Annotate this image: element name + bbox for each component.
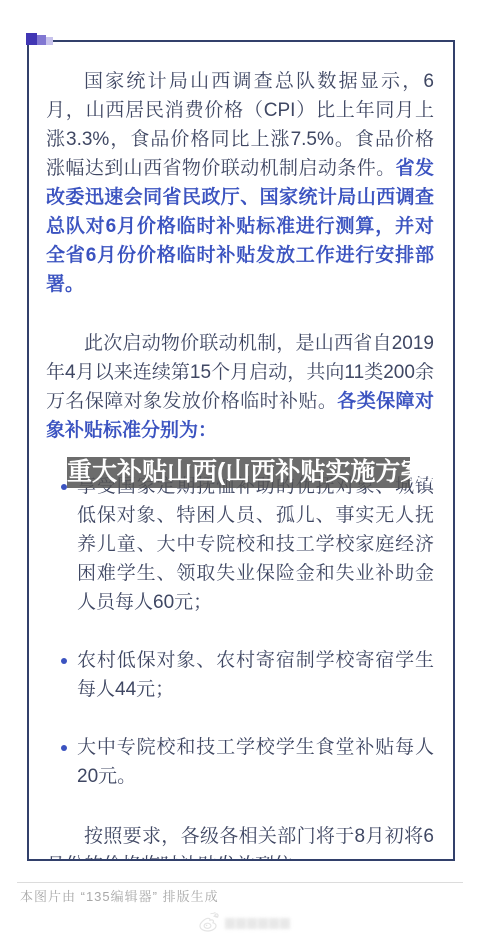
list-item: 大中专院校和技工学校学生食堂补贴每人20元。 [46, 733, 434, 791]
paragraph-1-text: 国家统计局山西调查总队数据显示，6月，山西居民消费价格（CPI）比上年同月上涨3… [46, 71, 434, 179]
list-item: 享受国家定期抚恤补助的优抚对象、城镇低保对象、特困人员、孤儿、事实无人抚养儿童、… [46, 472, 434, 617]
article-card: 国家统计局山西调查总队数据显示，6月，山西居民消费价格（CPI）比上年同月上涨3… [27, 40, 455, 861]
editor-credit-text: 本图片由 “135编辑器” 排版生成 [20, 886, 219, 905]
weibo-logo-icon [196, 912, 220, 934]
weibo-watermark [196, 912, 290, 934]
bullet-dot-icon [61, 658, 67, 664]
list-item-text: 大中专院校和技工学校学生食堂补贴每人20元。 [77, 737, 434, 787]
corner-square-light [46, 37, 53, 45]
overlay-title: 重大补贴山西(山西补贴实施方案) [67, 458, 434, 486]
footer-divider [17, 882, 463, 883]
watermark-text-blur [225, 918, 290, 929]
paragraph-1: 国家统计局山西调查总队数据显示，6月，山西居民消费价格（CPI）比上年同月上涨3… [46, 67, 434, 299]
overlay-title-banner: 重大补贴山西(山西补贴实施方案) [67, 457, 410, 488]
corner-square-dark [26, 33, 37, 45]
list-item-text: 享受国家定期抚恤补助的优抚对象、城镇低保对象、特困人员、孤儿、事实无人抚养儿童、… [77, 476, 434, 613]
corner-square-mid [37, 35, 46, 45]
subsidy-bullet-list: 享受国家定期抚恤补助的优抚对象、城镇低保对象、特困人员、孤儿、事实无人抚养儿童、… [46, 472, 434, 791]
article-image-page: 国家统计局山西调查总队数据显示，6月，山西居民消费价格（CPI）比上年同月上涨3… [0, 0, 480, 942]
paragraph-2: 此次启动物价联动机制，是山西省自2019年4月以来连续第15个月启动，共向11类… [46, 329, 434, 445]
list-item-text: 农村低保对象、农村寄宿制学校寄宿学生每人44元； [77, 650, 434, 700]
paragraph-3: 按照要求，各级各相关部门将于8月初将6月份的价格临时补贴发放到位。 [46, 822, 434, 861]
list-item: 农村低保对象、农村寄宿制学校寄宿学生每人44元； [46, 646, 434, 704]
bullet-dot-icon [61, 745, 67, 751]
